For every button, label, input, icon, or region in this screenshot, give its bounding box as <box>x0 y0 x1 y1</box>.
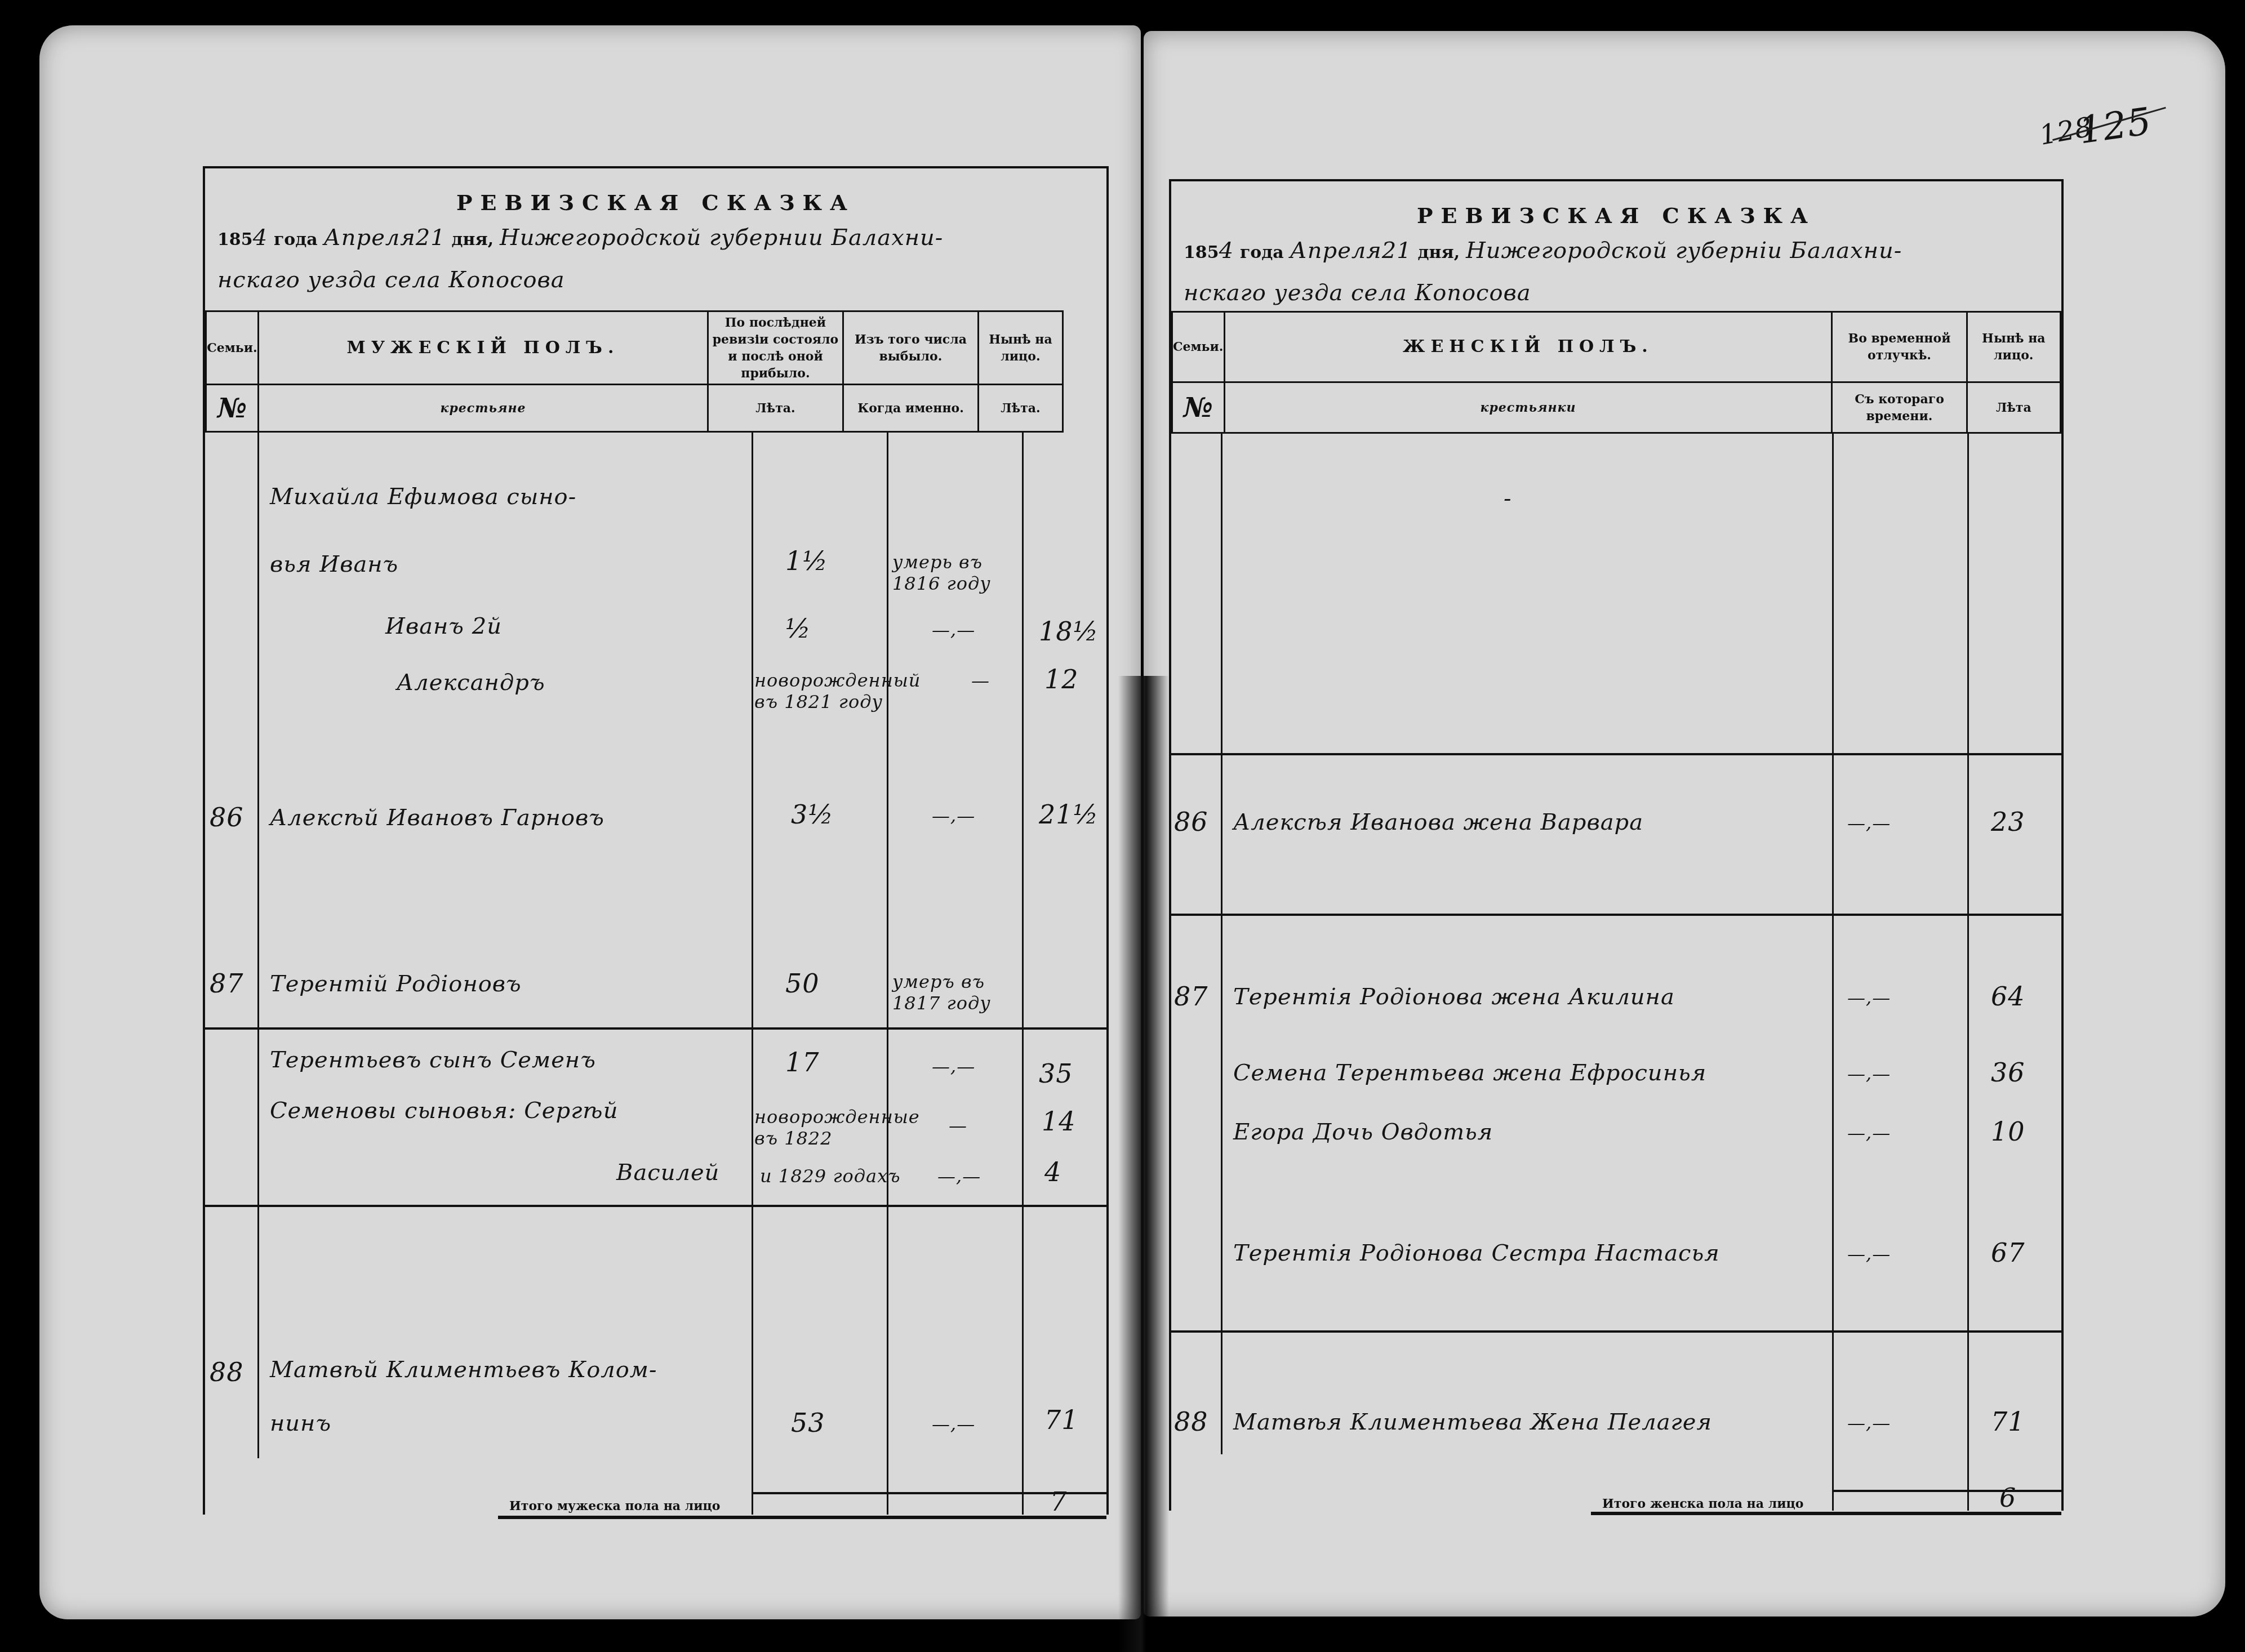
month: Апреля <box>1290 238 1382 264</box>
left-header-table: Семьи. МУЖЕСКІЙ ПОЛЪ. По послѣдней ревиз… <box>205 310 1064 433</box>
month: Апреля <box>324 225 416 251</box>
header-present: Нынѣ на лицо. <box>979 311 1063 385</box>
header-absence: Во временной отлучкѣ. <box>1832 312 1967 382</box>
header-present: Нынѣ на лицо. <box>1967 312 2060 382</box>
female-total-value: 6 <box>1999 1482 2016 1513</box>
location: Нижегородской губерніи Балахни- <box>1466 238 1902 264</box>
header-when: Когда именно. <box>843 385 979 432</box>
left-form: РЕВИЗСКАЯ СКАЗКА 1854 года Апреля21 дня,… <box>203 166 1109 1515</box>
location: Нижегородской губернии Балахни- <box>500 225 943 251</box>
header-class-note: крестьянки <box>1224 382 1832 433</box>
right-header-table: Семьи. ЖЕНСКІЙ ПОЛЪ. Во временной отлучк… <box>1171 311 2061 434</box>
header-number: № <box>1172 382 1225 433</box>
right-title: РЕВИЗСКАЯ СКАЗКА <box>1171 203 2061 228</box>
male-total-value: 7 <box>1050 1486 1067 1517</box>
year-label: года <box>1240 243 1284 262</box>
female-total-label: Итого женска пола на лицо <box>1602 1497 1803 1511</box>
year-suffix: 4 <box>1219 238 1234 264</box>
header-years: Лѣта. <box>708 385 843 432</box>
header-class-note: крестьяне <box>259 385 708 432</box>
male-total-label: Итого мужеска пола на лицо <box>509 1499 720 1513</box>
day: 21 <box>416 225 446 251</box>
right-dateline: 1854 года Апреля21 дня, Нижегородской гу… <box>1184 238 2051 264</box>
left-title: РЕВИЗСКАЯ СКАЗКА <box>205 190 1106 215</box>
header-last-revision: По послѣдней ревизіи состояло и послѣ он… <box>708 311 843 385</box>
header-female-sex: ЖЕНСКІЙ ПОЛЪ. <box>1224 312 1832 382</box>
header-male-sex: МУЖЕСКІЙ ПОЛЪ. <box>259 311 708 385</box>
day: 21 <box>1382 238 1412 264</box>
year-prefix: 185 <box>217 230 253 250</box>
left-location-cont: нскаго уезда села Копосова <box>217 267 565 293</box>
year-label: года <box>274 230 318 250</box>
header-departed: Изъ того числа выбыло. <box>843 311 979 385</box>
day-label: дня, <box>1418 243 1460 262</box>
right-location-cont: нскаго уезда села Копосова <box>1184 280 1531 306</box>
header-number: № <box>206 385 259 432</box>
header-since: Съ котораго времени. <box>1832 382 1967 433</box>
right-form: РЕВИЗСКАЯ СКАЗКА 1854 года Апреля21 дня,… <box>1169 179 2064 1511</box>
book-gutter <box>1118 676 1169 1652</box>
header-present-years: Лѣта. <box>979 385 1063 432</box>
year-prefix: 185 <box>1184 243 1219 262</box>
header-years: Лѣта <box>1967 382 2060 433</box>
header-family: Семьи. <box>206 311 259 385</box>
left-dateline: 1854 года Апреля21 дня, Нижегородской гу… <box>217 225 1096 251</box>
day-label: дня, <box>452 230 494 250</box>
year-suffix: 4 <box>253 225 268 251</box>
header-family: Семьи. <box>1172 312 1225 382</box>
